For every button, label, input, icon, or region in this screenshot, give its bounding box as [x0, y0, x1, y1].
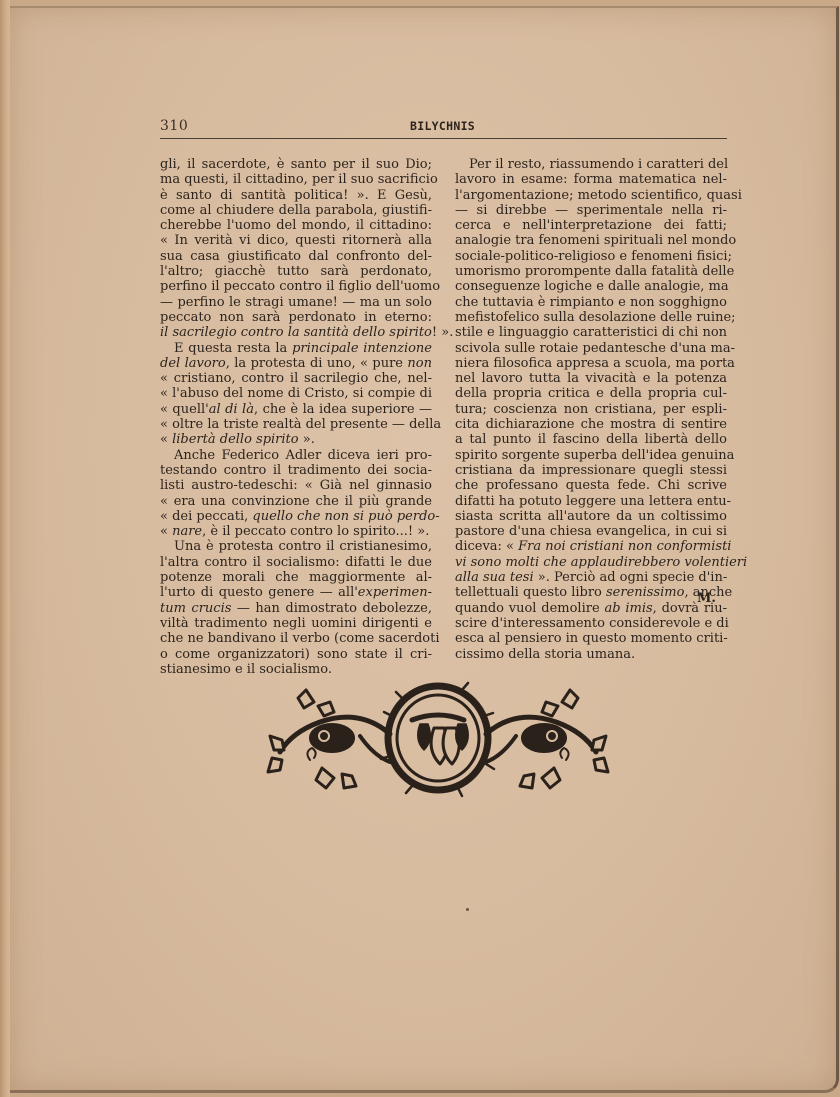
text-line: analogie tra fenomeni spirituali nel mon… — [455, 233, 727, 248]
text-line: potenze morali che maggiormente al- — [160, 570, 432, 585]
italic-text: principale intenzione — [292, 341, 432, 356]
text-line: a tal punto il fascino della libertà del… — [455, 432, 727, 447]
text-line: della propria critica e della propria cu… — [455, 386, 727, 401]
italic-text: nare — [172, 524, 202, 539]
text-line: viltà tradimento negli uomini dirigenti … — [160, 616, 432, 631]
text-line: — si direbbe — sperimentale nella ri- — [455, 203, 727, 218]
text-line: cristiana da impressionare quegli stessi — [455, 463, 727, 478]
text-line: lavoro in esame: forma matematica nel- — [455, 172, 727, 187]
text-line: peccato non sarà perdonato in eterno: — [160, 310, 432, 325]
text-line: che professano questa fede. Chi scrive — [455, 478, 727, 493]
text-line: vi sono molti che applaudirebbero volent… — [455, 555, 727, 570]
text-line: « In verità vi dico, questi ritornerà al… — [160, 233, 432, 248]
italic-text: del lavoro — [160, 356, 226, 371]
italic-text: experimen- — [358, 585, 432, 600]
text-line: siasta scritta all'autore da un coltissi… — [455, 509, 727, 524]
text-line: è santo di santità politica! ». E Gesù, — [160, 188, 432, 203]
text-line: cerca e nell'interpretazione dei fatti; — [455, 218, 727, 233]
text-line: tura; coscienza non cristiana, per espli… — [455, 402, 727, 417]
text-line: alla sua tesi ». Perciò ad ogni specie d… — [455, 570, 727, 585]
text-line: stile e linguaggio caratteristici di chi… — [455, 325, 727, 340]
italic-text: ab imis — [604, 601, 652, 616]
text-line: diceva: « Fra noi cristiani non conformi… — [455, 539, 727, 554]
right-text-column: Per il resto, riassumendo i caratteri de… — [455, 157, 727, 662]
text-line: difatti ha potuto leggere una lettera en… — [455, 494, 727, 509]
author-signature: M. — [697, 591, 716, 606]
text-line: listi austro-tedeschi: « Già nel ginnasi… — [160, 478, 432, 493]
text-line: cita dichiarazione che mostra di sentire — [455, 417, 727, 432]
text-line: nel lavoro tutta la vivacità e la potenz… — [455, 371, 727, 386]
text-line: quando vuol demolire ab imis, dovrà riu- — [455, 601, 727, 616]
text-line: scire d'interessamento considerevole e d… — [455, 616, 727, 631]
italic-text: il sacrilegio contro la santità dello sp… — [160, 325, 432, 340]
italic-text: quello che non si può perdo- — [252, 509, 439, 524]
text-line: — perfino le stragi umane! — ma un solo — [160, 295, 432, 310]
italic-text: vi sono molti che applaudirebbero volent… — [455, 555, 747, 570]
text-line: « l'abuso del nome di Cristo, si compie … — [160, 386, 432, 401]
text-line: sua casa giustificato dal confronto del- — [160, 249, 432, 264]
italic-text: serenissimo — [606, 585, 684, 600]
page-edge — [0, 0, 10, 1097]
text-line: come al chiudere della parabola, giustif… — [160, 203, 432, 218]
text-line: o come organizzatori) sono state il cri- — [160, 647, 432, 662]
text-line: del lavoro, la protesta di uno, « pure n… — [160, 356, 432, 371]
text-line: l'urto di questo genere — all'experimen- — [160, 585, 432, 600]
text-line: perfino il peccato contro il figlio dell… — [160, 279, 432, 294]
text-line: stianesimo e il socialismo. — [160, 662, 432, 677]
text-line: il sacrilegio contro la santità dello sp… — [160, 325, 432, 340]
italic-text: al di là — [209, 402, 254, 417]
text-line: cherebbe l'uomo del mondo, il cittadino: — [160, 218, 432, 233]
running-head: 310 BILYCHNIS — [160, 116, 727, 139]
text-line: mefistofelico sulla desolazione delle ru… — [455, 310, 727, 325]
text-line: « era una convinzione che il più grande — [160, 494, 432, 509]
italic-text: libertà dello spirito — [172, 432, 299, 447]
page-number: 310 — [160, 118, 188, 134]
journal-title: BILYCHNIS — [410, 119, 475, 133]
paper-speck — [466, 908, 469, 911]
floral-ornament-icon — [262, 676, 614, 802]
text-line: testando contro il tradimento dei socia- — [160, 463, 432, 478]
text-line: Anche Federico Adler diceva ieri pro- — [160, 448, 432, 463]
text-line: sociale-politico-religioso e fenomeni fi… — [455, 249, 727, 264]
text-line: « quell'al di là, che è la idea superior… — [160, 402, 432, 417]
text-line: ma questi, il cittadino, per il suo sacr… — [160, 172, 432, 187]
text-line: niera filosofica appresa a scuola, ma po… — [455, 356, 727, 371]
text-line: che tuttavia è rimpianto e non sogghigno — [455, 295, 727, 310]
text-line: cissimo della storia umana. — [455, 647, 727, 662]
text-line: l'altra contro il socialismo: difatti le… — [160, 555, 432, 570]
text-line: scivola sulle rotaie pedantesche d'una m… — [455, 341, 727, 356]
text-line: Una è protesta contro il cristianesimo, — [160, 539, 432, 554]
italic-text: non — [407, 356, 432, 371]
italic-text: tum crucis — [160, 601, 231, 616]
text-line: l'altro; giacchè tutto sarà perdonato, — [160, 264, 432, 279]
text-line: « libertà dello spirito ». — [160, 432, 432, 447]
italic-text: alla sua tesi — [455, 570, 534, 585]
text-line: « dei peccati, quello che non si può per… — [160, 509, 432, 524]
text-line: umorismo prorompente dalla fatalità dell… — [455, 264, 727, 279]
text-line: tellettuali questo libro serenissimo, an… — [455, 585, 727, 600]
text-line: che ne bandivano il verbo (come sacerdot… — [160, 631, 432, 646]
text-line: l'argomentazione; metodo scientifico, qu… — [455, 188, 727, 203]
text-line: Per il resto, riassumendo i caratteri de… — [455, 157, 727, 172]
text-line: tum crucis — han dimostrato debolezze, — [160, 601, 432, 616]
text-line: « cristiano, contro il sacrilegio che, n… — [160, 371, 432, 386]
left-text-column: gli, il sacerdote, è santo per il suo Di… — [160, 157, 432, 677]
text-line: spirito sorgente superba dell'idea genui… — [455, 448, 727, 463]
text-line: pastore d'una chiesa evangelica, in cui … — [455, 524, 727, 539]
text-line: gli, il sacerdote, è santo per il suo Di… — [160, 157, 432, 172]
text-line: esca al pensiero in questo momento criti… — [455, 631, 727, 646]
text-line: E questa resta la principale intenzione — [160, 341, 432, 356]
text-line: conseguenze logiche e dalle analogie, ma — [455, 279, 727, 294]
italic-text: Fra noi cristiani non conformisti — [518, 539, 731, 554]
text-line: « oltre la triste realtà del presente — … — [160, 417, 432, 432]
text-line: « nare, è il peccato contro lo spirito..… — [160, 524, 432, 539]
